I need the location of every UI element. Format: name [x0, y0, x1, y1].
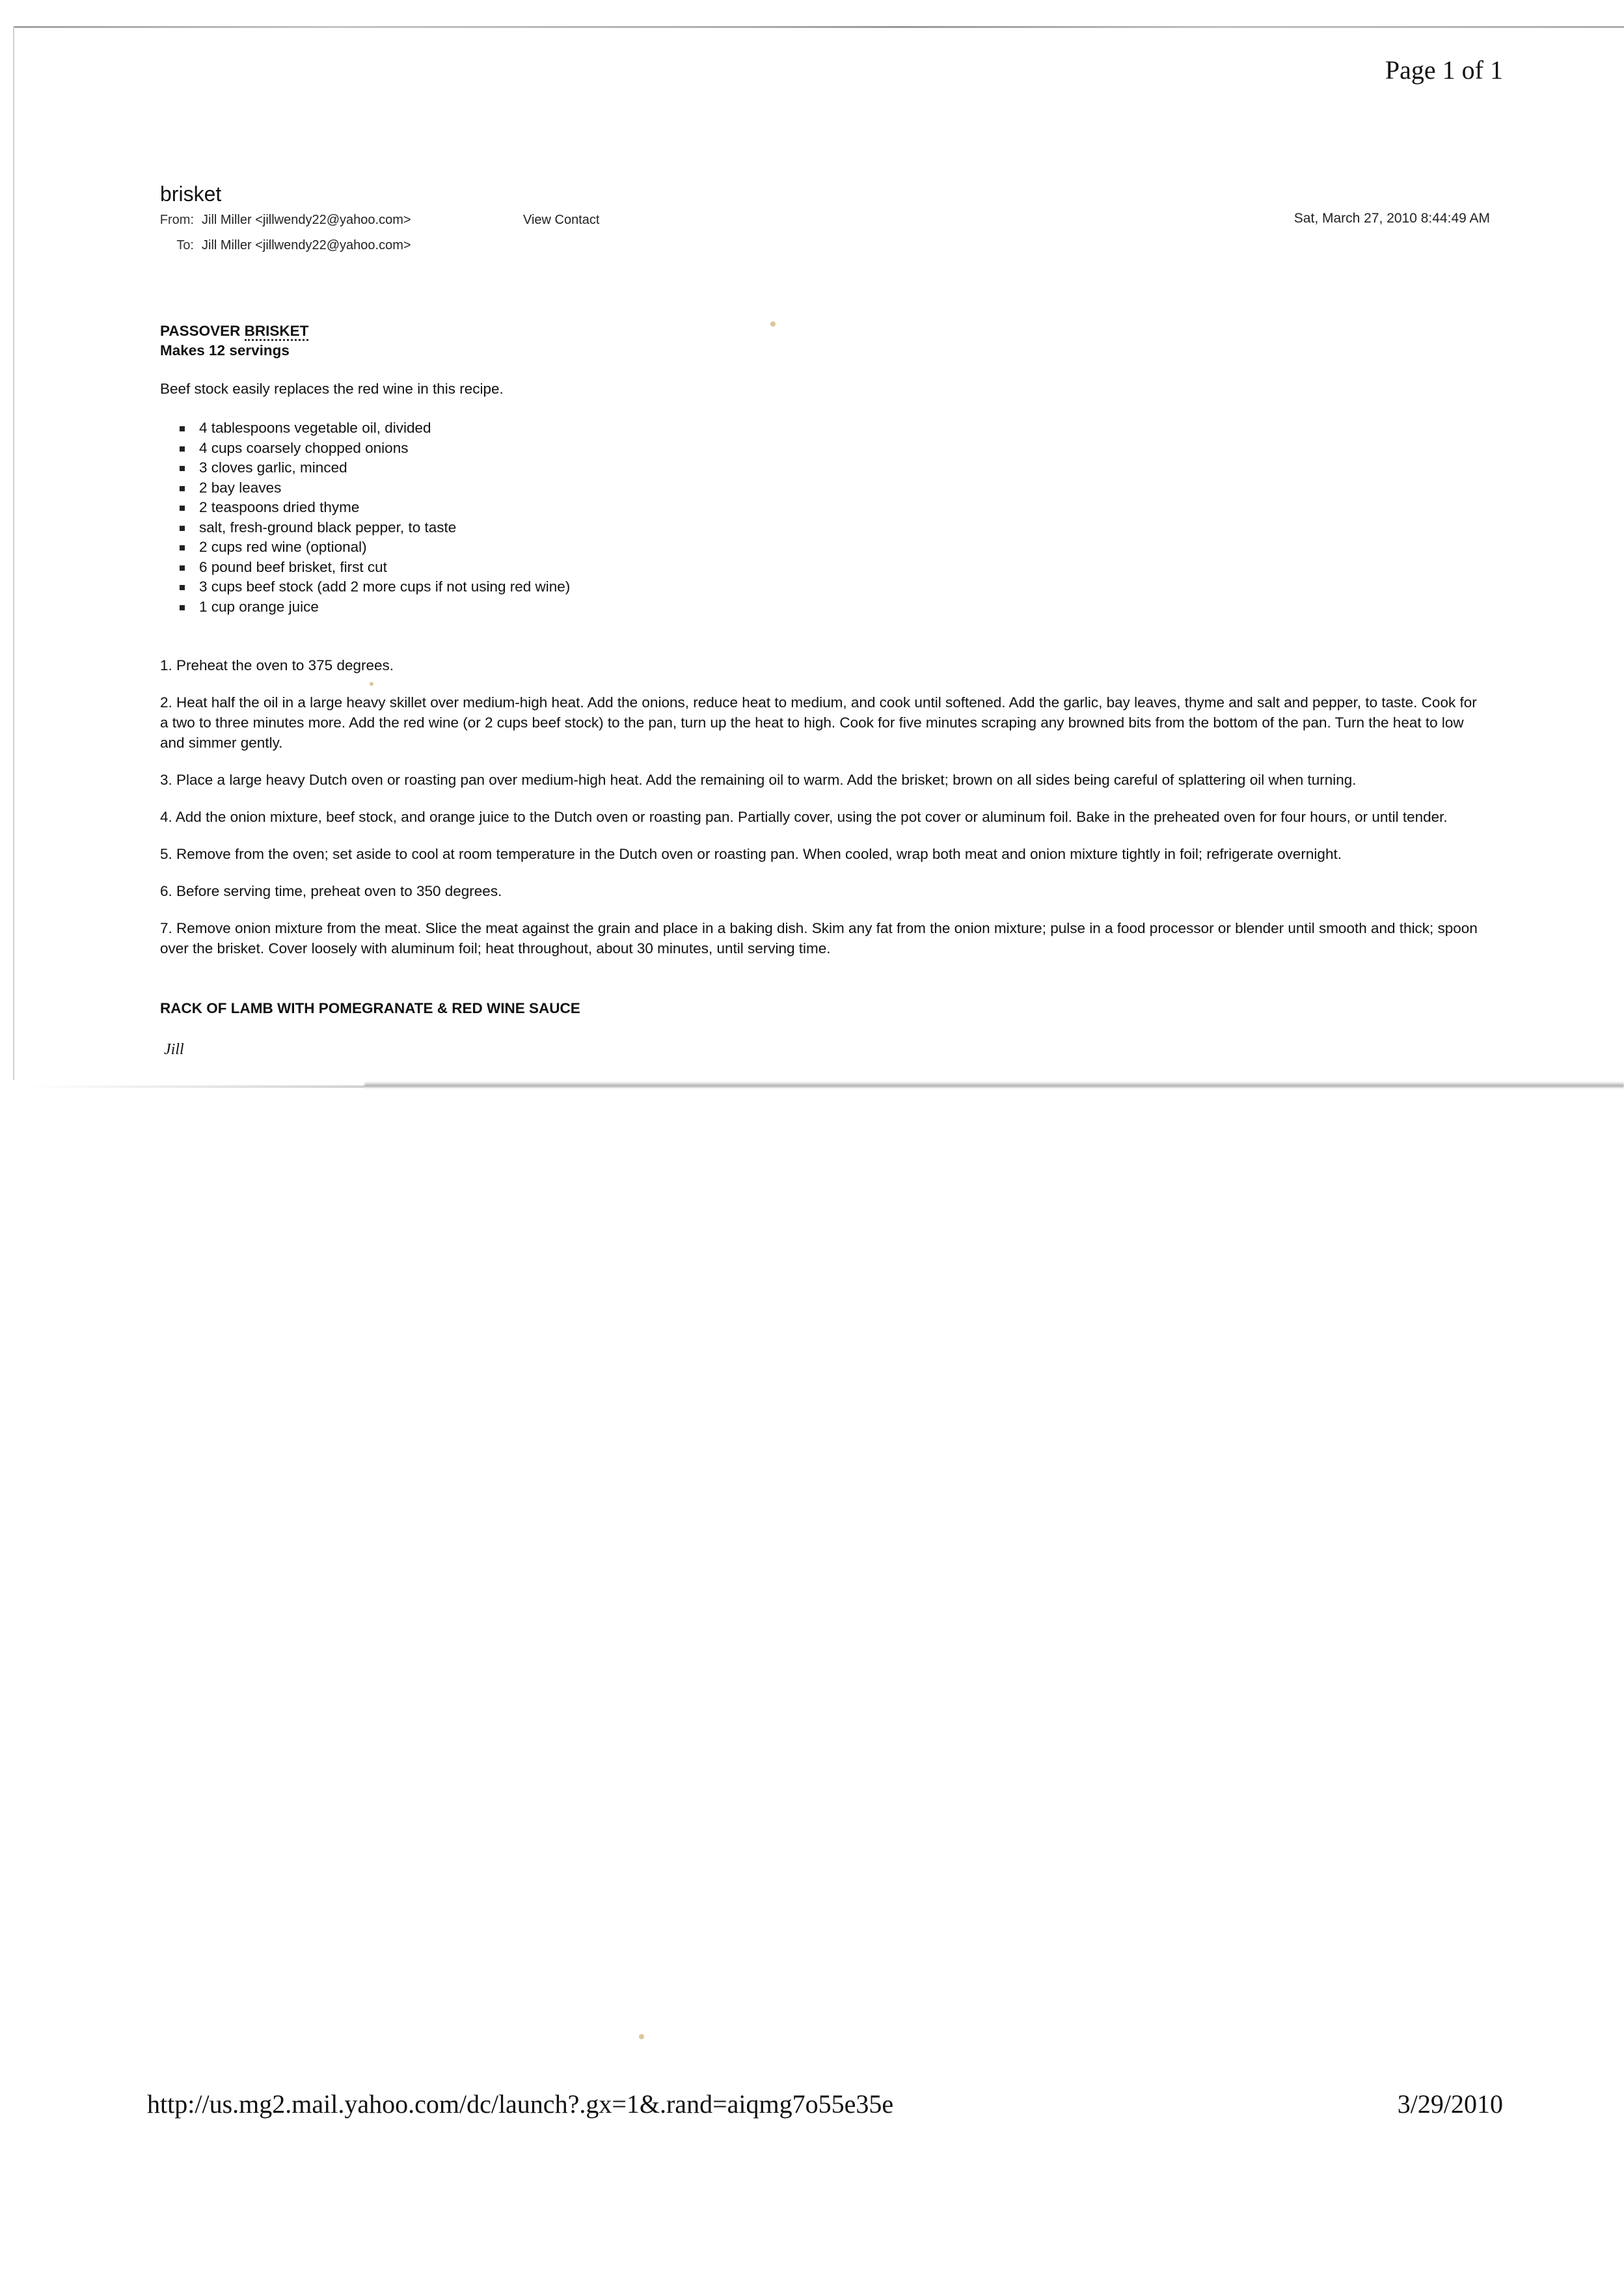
ingredient-item: 6 pound beef brisket, first cut [170, 558, 570, 578]
ingredient-item: 2 cups red wine (optional) [170, 537, 570, 558]
recipe-servings: Makes 12 servings [160, 341, 1487, 360]
signature: Jill [164, 1041, 184, 1059]
ingredient-item: 2 teaspoons dried thyme [170, 498, 570, 518]
page-indicator: Page 1 of 1 [1385, 55, 1503, 85]
ingredient-item: salt, fresh-ground black pepper, to tast… [170, 518, 570, 538]
from-label: From: [130, 213, 194, 228]
sent-date: Sat, March 27, 2010 8:44:49 AM [1294, 211, 1490, 226]
recipe-step: 4. Add the onion mixture, beef stock, an… [160, 807, 1487, 827]
from-value: Jill Miller <jillwendy22@yahoo.com> [202, 213, 411, 227]
recipe-steps: 1. Preheat the oven to 375 degrees. 2. H… [160, 655, 1487, 975]
recipe-title-word-1: PASSOVER [160, 323, 240, 339]
recipe-step: 1. Preheat the oven to 375 degrees. [160, 655, 1487, 675]
footer-print-date: 3/29/2010 [1398, 2089, 1503, 2119]
ingredient-item: 2 bay leaves [170, 478, 570, 498]
ingredient-list: 4 tablespoons vegetable oil, divided 4 c… [170, 418, 570, 617]
paper-fold-line [364, 1081, 1624, 1089]
recipe-step: 5. Remove from the oven; set aside to co… [160, 844, 1487, 864]
email-subject: brisket [160, 182, 221, 206]
from-row: From:Jill Miller <jillwendy22@yahoo.com> [130, 213, 411, 228]
recipe-title: PASSOVER BRISKET [160, 321, 1487, 341]
recipe-step: 6. Before serving time, preheat oven to … [160, 881, 1487, 901]
recipe-intro: Beef stock easily replaces the red wine … [160, 379, 1487, 399]
view-contact-link[interactable]: View Contact [523, 213, 599, 228]
to-value: Jill Miller <jillwendy22@yahoo.com> [202, 238, 411, 252]
recipe-step: 3. Place a large heavy Dutch oven or roa… [160, 770, 1487, 790]
ingredient-item: 3 cloves garlic, minced [170, 458, 570, 478]
recipe-step: 2. Heat half the oil in a large heavy sk… [160, 692, 1487, 753]
recipe-title-word-2: BRISKET [245, 323, 309, 341]
scan-left-edge [13, 26, 14, 1080]
recipe-title-block: PASSOVER BRISKET Makes 12 servings [160, 321, 1487, 360]
ingredient-item: 3 cups beef stock (add 2 more cups if no… [170, 577, 570, 597]
scan-speck [639, 2034, 644, 2039]
to-label: To: [130, 238, 194, 253]
to-row: To:Jill Miller <jillwendy22@yahoo.com> [130, 238, 411, 253]
paper-fold-line-left [26, 1085, 364, 1088]
recipe-step: 7. Remove onion mixture from the meat. S… [160, 918, 1487, 958]
next-recipe-title: RACK OF LAMB WITH POMEGRANATE & RED WINE… [160, 998, 1487, 1018]
scan-top-edge [13, 26, 1624, 28]
ingredient-item: 4 tablespoons vegetable oil, divided [170, 418, 570, 439]
ingredient-item: 4 cups coarsely chopped onions [170, 439, 570, 459]
footer-url: http://us.mg2.mail.yahoo.com/dc/launch?.… [147, 2089, 893, 2119]
ingredient-item: 1 cup orange juice [170, 597, 570, 617]
